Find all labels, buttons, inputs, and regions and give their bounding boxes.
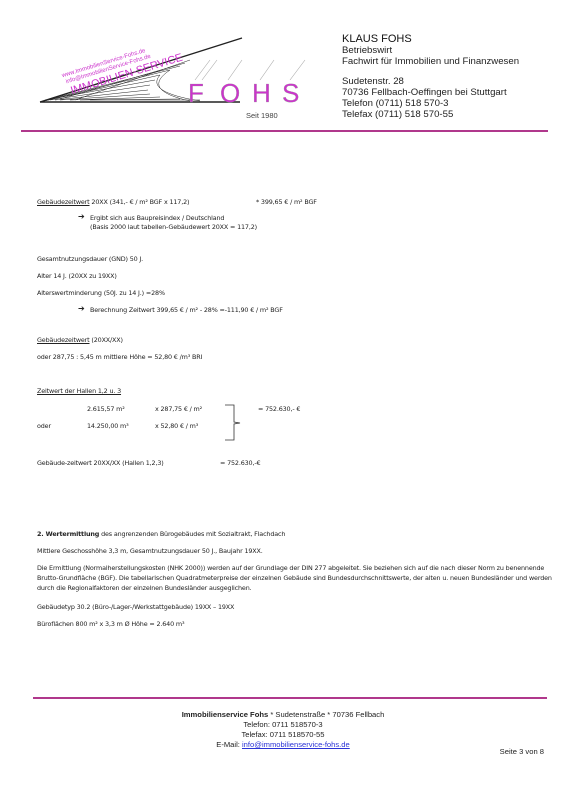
svg-text:F: F bbox=[188, 78, 204, 108]
baupreisindex-note: Ergibt sich aus Baupreisindex / Deutschl… bbox=[90, 214, 224, 222]
header-title2: Fachwirt für Immobilien und Finanzwesen bbox=[342, 56, 519, 67]
arrow-icon: ➔ bbox=[78, 212, 85, 221]
svg-text:H: H bbox=[252, 78, 271, 108]
bueroflaechen-line: Büroflächen 800 m² x 3,3 m Ø Höhe = 2.64… bbox=[37, 620, 184, 628]
footer-divider bbox=[33, 697, 547, 699]
calc-row2-rate: x 52,80 € / m³ bbox=[155, 422, 198, 430]
header-contact: KLAUS FOHS Betriebswirt Fachwirt für Imm… bbox=[342, 33, 519, 120]
calc-row2-area: 14.250,00 m³ bbox=[87, 422, 129, 430]
berechnung-line: Berechnung Zeitwert 399,65 € / m² - 28% … bbox=[90, 306, 283, 314]
header-city: 70736 Fellbach-Oeffingen bei Stuttgart bbox=[342, 87, 519, 98]
footer-phone: Telefon: 0711 518570-3 bbox=[0, 720, 566, 730]
brace-icon bbox=[224, 404, 246, 442]
hallen-heading: Zeitwert der Hallen 1,2 u. 3 bbox=[37, 387, 121, 395]
oder-line: oder 287,75 : 5,45 m mittlere Höhe = 52,… bbox=[37, 353, 202, 361]
total-value: = 752.630,-€ bbox=[220, 459, 260, 467]
zeitwert2-label: Gebäudezeitwert bbox=[37, 336, 90, 344]
zeitwert2-text: (20XX/XX) bbox=[90, 336, 123, 344]
header-name: KLAUS FOHS bbox=[342, 33, 519, 45]
calc-row1-rate: x 287,75 € / m² bbox=[155, 405, 202, 413]
calc-result: = 752.630,- € bbox=[258, 405, 300, 413]
header-divider bbox=[21, 130, 548, 132]
zeitwert-result: * 399,65 € / m² BGF bbox=[256, 198, 317, 206]
footer-address: * Sudetenstraße * 70736 Fellbach bbox=[268, 710, 384, 719]
logo-graphic: www.ImmobilienService-Fohs.de info@Immob… bbox=[20, 30, 320, 130]
header-fax: Telefax (0711) 518 570-55 bbox=[342, 109, 519, 120]
footer-email-line: E-Mail: info@immobilienservice-fohs.de bbox=[0, 740, 566, 750]
geschoss-line: Mittlere Geschosshöhe 3,3 m, Gesamtnutzu… bbox=[37, 547, 263, 555]
minderung-line: Alterswertminderung (50J. zu 14 J.) =28% bbox=[37, 289, 165, 297]
arrow-icon: ➔ bbox=[78, 304, 85, 313]
header-phone: Telefon (0711) 518 570-3 bbox=[342, 98, 519, 109]
zeitwert-line: Gebäudezeitwert 20XX (341,- € / m² BGF x… bbox=[37, 198, 189, 206]
basis-note: (Basis 2000 laut tabellen-Gebäudewert 20… bbox=[90, 223, 257, 231]
section2-heading: 2. Wertermittlung des angrenzenden Bürog… bbox=[37, 530, 285, 538]
calc-row1-area: 2.615,57 m² bbox=[87, 405, 125, 413]
footer-email-link[interactable]: info@immobilienservice-fohs.de bbox=[242, 740, 350, 749]
footer-line1: Immobilienservice Fohs * Sudetenstraße *… bbox=[0, 710, 566, 720]
zeitwert-text: 20XX (341,- € / m² BGF x 117,2) bbox=[90, 198, 190, 206]
zeitwert2-line: Gebäudezeitwert (20XX/XX) bbox=[37, 336, 123, 344]
footer: Immobilienservice Fohs * Sudetenstraße *… bbox=[0, 710, 566, 750]
page-number: Seite 3 von 8 bbox=[500, 747, 544, 756]
gnd-line: Gesamtnutzungsdauer (GND) 50 J. bbox=[37, 255, 143, 263]
footer-fax: Telefax: 0711 518570-55 bbox=[0, 730, 566, 740]
gebaeudetyp-line: Gebäudetyp 30.2 (Büro-/Lager-/Werkstattg… bbox=[37, 603, 234, 611]
zeitwert-label: Gebäudezeitwert bbox=[37, 198, 90, 206]
header-title1: Betriebswirt bbox=[342, 45, 519, 56]
svg-text:O: O bbox=[220, 78, 240, 108]
footer-company: Immobilienservice Fohs bbox=[182, 710, 269, 719]
section2-text: des angrenzenden Bürogebäudes mit Sozial… bbox=[99, 530, 285, 538]
alter-line: Alter 14 J. (20XX zu 19XX) bbox=[37, 272, 117, 280]
company-logo: www.ImmobilienService-Fohs.de info@Immob… bbox=[20, 30, 320, 130]
calc-row2-prefix: oder bbox=[37, 422, 51, 430]
section2-bold: 2. Wertermittlung bbox=[37, 530, 99, 538]
footer-email-label: E-Mail: bbox=[216, 740, 242, 749]
header-street: Sudetenstr. 28 bbox=[342, 76, 519, 87]
logo-since: Seit 1980 bbox=[246, 111, 278, 120]
total-label: Gebäude-zeitwert 20XX/XX (Hallen 1,2,3) bbox=[37, 459, 164, 467]
nhk-paragraph: Die Ermittlung (Normalherstellungskosten… bbox=[37, 563, 552, 594]
svg-text:S: S bbox=[282, 78, 299, 108]
